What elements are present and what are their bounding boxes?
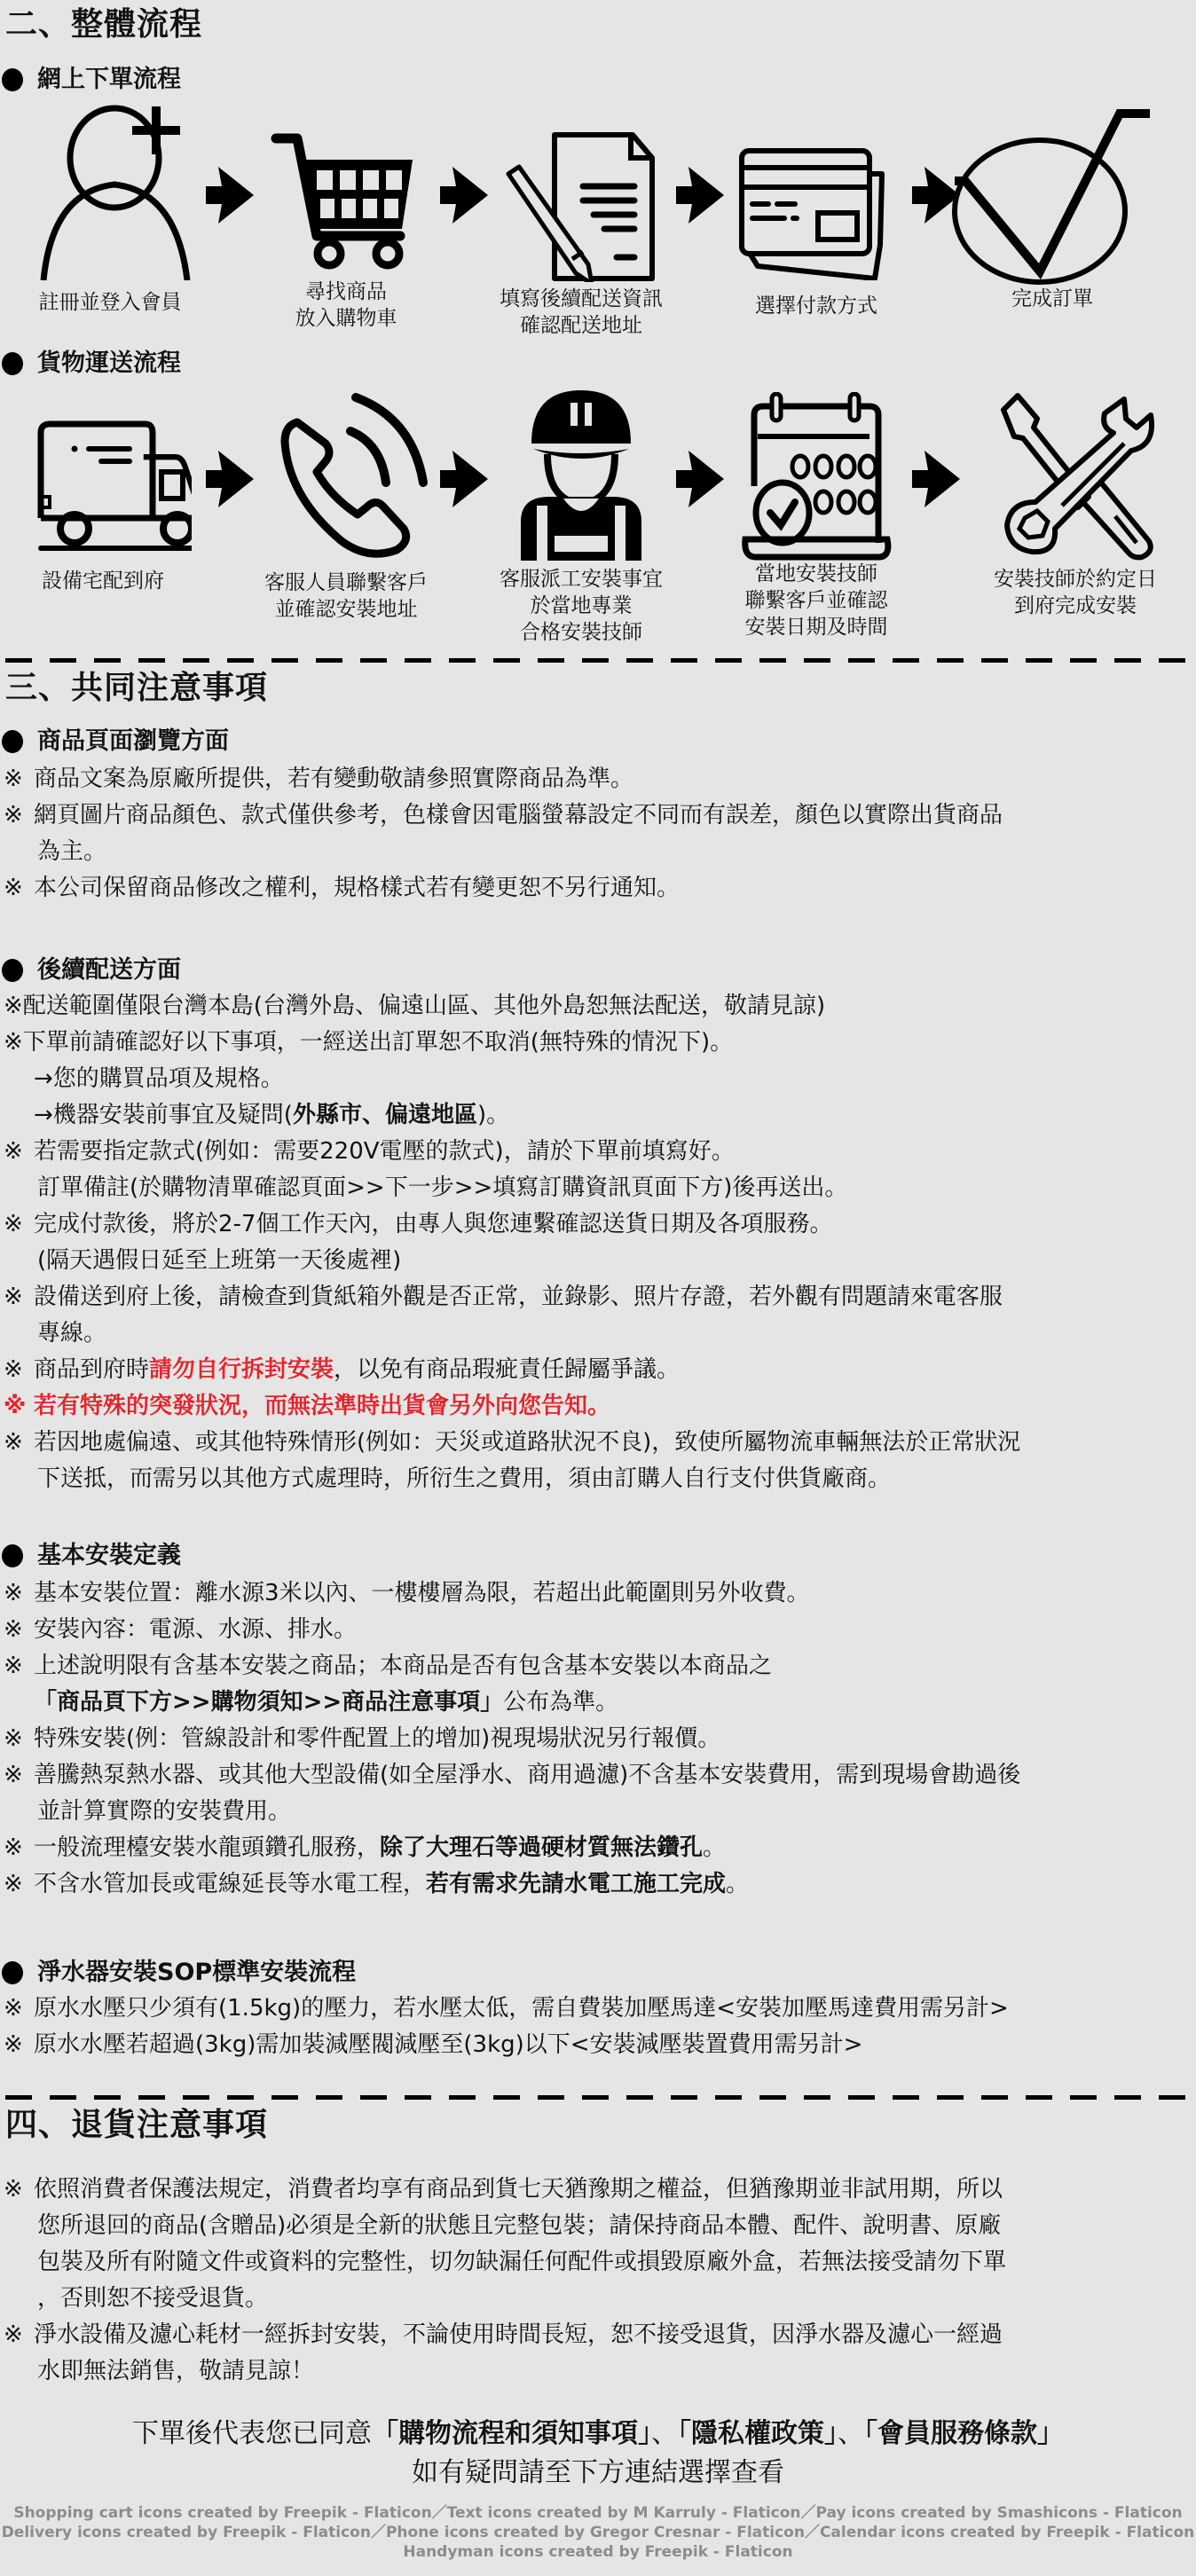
link-shopping-process[interactable]: 「購物流程和須知事項」 — [372, 2418, 651, 2449]
note-item: ※善騰熱泵熱水器、或其他大型設備(如全屋淨水、商用過濾)不含基本安裝費用，需到現… — [4, 1757, 1192, 1794]
link-privacy-policy[interactable]: 「隱私權政策」 — [678, 2418, 838, 2449]
reference-mark-icon: ※ — [4, 1029, 23, 1056]
note-item: ※網頁圖片商品顏色、款式僅供參考，色樣會因電腦螢幕設定不同而有誤差，顏色以實際出… — [4, 797, 1192, 834]
sop-notes: ※原水水壓只少須有(1.5kg)的壓力，若水壓太低，需自費裝加壓馬達<安裝加壓馬… — [4, 1991, 1192, 2063]
note-subitem: →機器安裝前事宜及疑問(外縣市、偏遠地區)。 — [4, 1097, 1192, 1134]
arrow-right-icon — [912, 451, 960, 507]
tools-icon — [991, 392, 1160, 561]
flow-step-label: 填寫後續配送資訊 確認配送地址 — [475, 286, 688, 339]
return-notes: ※依照消費者保護法規定，消費者均享有商品到貨七天猶豫期之權益，但猶豫期並非試用期… — [4, 2172, 1192, 2390]
section-title-overall-flow: 二、整體流程 — [5, 9, 202, 41]
note-item-continued: 專線。 — [4, 1315, 1192, 1352]
purchase-notice-page: 二、整體流程 網上下單流程 註冊並登入會員 — [0, 0, 1196, 2576]
subheading-online-order: 網上下單流程 — [2, 67, 181, 91]
note-item: ※若需要指定款式(例如：需要220V電壓的款式)，請於下單前填寫好。 — [4, 1134, 1192, 1170]
note-item-continued: 訂單備註(於購物清單確認頁面>>下一步>>填寫訂購資訊頁面下方)後再送出。 — [4, 1170, 1192, 1206]
flow-step-dispatch-technician: 客服派工安裝事宜 於當地專業 合格安裝技師 — [475, 387, 688, 646]
bullet-dot-icon — [2, 352, 23, 375]
flow-step-label: 客服派工安裝事宜 於當地專業 合格安裝技師 — [475, 566, 688, 646]
section-title-return-notes: 四、退貨注意事項 — [5, 2109, 268, 2141]
note-item-continued: 您所退回的商品(含贈品)必須是全新的狀態且完整包裝；請保持商品本體、配件、說明書… — [4, 2208, 1192, 2244]
note-item-continued: 水即無法銷售，敬請見諒！ — [4, 2353, 1192, 2390]
subheading-label: 基本安裝定義 — [37, 1543, 181, 1567]
flow-step-customer-service-contact: 客服人員聯繫客戶 並確認安裝地址 — [240, 390, 452, 623]
flow-step-label: 客服人員聯繫客戶 並確認安裝地址 — [240, 569, 452, 623]
note-subitem: →您的購買品項及規格。 — [4, 1061, 1192, 1097]
shopping-cart-icon — [271, 130, 421, 271]
note-item: ※基本安裝位置：離水源3米以內、一樓樓層為限，若超出此範圍則另外收費。 — [4, 1575, 1192, 1612]
checkmark-circle-icon — [946, 103, 1159, 289]
note-item: ※商品文案為原廠所提供，若有變動敬請參照實際商品為準。 — [4, 761, 1192, 797]
section-title-common-notes: 三、共同注意事項 — [5, 672, 268, 704]
note-item-continued: 並計算實際的安裝費用。 — [4, 1794, 1192, 1830]
flow-step-home-delivery: 設備宅配到府 — [0, 419, 209, 594]
reference-mark-icon: ※ — [4, 2172, 34, 2208]
reference-mark-icon: ※ — [4, 1425, 34, 1461]
document-pen-icon — [501, 131, 661, 282]
credit-card-icon — [736, 147, 896, 280]
flow-step-label: 註冊並登入會員 — [4, 289, 216, 316]
flow-step-register: 註冊並登入會員 — [4, 103, 216, 316]
bullet-dot-icon — [2, 1544, 23, 1567]
subheading-delivery: 貨物運送流程 — [2, 351, 181, 375]
agreement-statement: 下單後代表您已同意「購物流程和須知事項」、「隱私權政策」、「會員服務條款」 如有… — [0, 2415, 1196, 2493]
subheading-sop: 淨水器安裝SOP標準安裝流程 — [2, 1960, 356, 1984]
note-item: ※特殊安裝(例：管線設計和零件配置上的增加)視現場狀況另行報價。 — [4, 1721, 1192, 1757]
note-item: ※若因地處偏遠、或其他特殊情形(例如：天災或道路狀況不良)，致使所屬物流車輛無法… — [4, 1425, 1192, 1461]
subheading-label: 後續配送方面 — [37, 958, 181, 982]
flow-step-fill-info: 填寫後續配送資訊 確認配送地址 — [475, 131, 688, 339]
note-item: ※商品到府時請勿自行拆封安裝，以免有商品瑕疵責任歸屬爭議。 — [4, 1352, 1192, 1388]
calendar-check-icon — [736, 392, 896, 561]
reference-mark-icon: ※ — [4, 1866, 34, 1903]
shipping-notes: ※配送範圍僅限台灣本島(台灣外島、偏遠山區、其他外島恕無法配送，敬請見諒) ※下… — [4, 988, 1192, 1497]
note-item: ※原水水壓只少須有(1.5kg)的壓力，若水壓太低，需自費裝加壓馬達<安裝加壓馬… — [4, 1991, 1192, 2027]
note-item-continued: 包裝及所有附隨文件或資料的完整性，切勿缺漏任何配件或損毀原廠外盒，若無法接受請勿… — [4, 2244, 1192, 2281]
note-item-continued: 「商品頁下方>>購物須知>>商品注意事項」公布為準。 — [4, 1685, 1192, 1721]
bullet-dot-icon — [2, 730, 23, 753]
subheading-browse: 商品頁面瀏覽方面 — [2, 729, 229, 753]
section-divider — [5, 658, 1196, 663]
reference-mark-icon: ※ — [4, 1757, 34, 1794]
note-item-continued: 為主。 — [4, 834, 1192, 870]
reference-mark-icon: ※ — [4, 1206, 34, 1243]
flow-step-label: 選擇付款方式 — [710, 293, 923, 319]
note-item-continued: ，否則恕不接受退貨。 — [4, 2281, 1192, 2317]
link-member-terms[interactable]: 「會員服務條款」 — [864, 2418, 1064, 2449]
subheading-label: 淨水器安裝SOP標準安裝流程 — [37, 1960, 356, 1984]
reference-mark-icon: ※ — [4, 1134, 34, 1170]
note-item-warning: ※若有特殊的突發狀況，而無法準時出貨會另外向您告知。 — [4, 1388, 1192, 1425]
note-item: ※配送範圍僅限台灣本島(台灣外島、偏遠山區、其他外島恕無法配送，敬請見諒) — [4, 988, 1192, 1025]
browse-notes: ※商品文案為原廠所提供，若有變動敬請參照實際商品為準。 ※網頁圖片商品顏色、款式… — [4, 761, 1192, 907]
agreement-help-text: 如有疑問請至下方連結選擇查看 — [0, 2454, 1196, 2493]
reference-mark-icon: ※ — [4, 1991, 34, 2027]
flow-step-label: 設備宅配到府 — [0, 568, 209, 594]
bullet-dot-icon — [2, 68, 23, 91]
delivery-truck-icon — [14, 419, 192, 552]
reference-mark-icon: ※ — [4, 2317, 34, 2353]
subheading-shipping: 後續配送方面 — [2, 958, 181, 982]
reference-mark-icon: ※ — [4, 1648, 34, 1685]
warning-text: 請勿自行拆封安裝 — [149, 1356, 334, 1383]
reference-mark-icon: ※ — [4, 993, 23, 1019]
subheading-label: 商品頁面瀏覽方面 — [37, 729, 229, 753]
note-item: ※完成付款後，將於2-7個工作天內，由專人與您連繫確認送貨日期及各項服務。 — [4, 1206, 1192, 1243]
note-item-continued: (隔天遇假日延至上班第一天後處裡) — [4, 1243, 1192, 1279]
worker-icon — [501, 387, 661, 561]
note-item: ※設備送到府上後，請檢查到貨紙箱外觀是否正常，並錄影、照片存證，若外觀有問題請來… — [4, 1279, 1192, 1315]
phone-call-icon — [262, 390, 430, 559]
note-item: ※本公司保留商品修改之權利，規格樣式若有變更恕不另行通知。 — [4, 870, 1192, 907]
reference-mark-icon: ※ — [4, 761, 34, 797]
reference-mark-icon: ※ — [4, 1830, 34, 1866]
flow-step-label: 安裝技師於約定日 到府完成安裝 — [969, 566, 1182, 619]
reference-mark-icon: ※ — [4, 797, 34, 834]
install-notes: ※基本安裝位置：離水源3米以內、一樓樓層為限，若超出此範圍則另外收費。 ※安裝內… — [4, 1575, 1192, 1903]
flow-step-label: 完成訂單 — [946, 286, 1159, 312]
flow-step-label: 尋找商品 放入購物車 — [240, 279, 452, 332]
reference-mark-icon: ※ — [4, 1388, 34, 1425]
note-item: ※一般流理檯安裝水龍頭鑽孔服務，除了大理石等過硬材質無法鑽孔。 — [4, 1830, 1192, 1866]
reference-mark-icon: ※ — [4, 1612, 34, 1648]
note-item: ※上述說明限有含基本安裝之商品；本商品是否有包含基本安裝以本商品之 — [4, 1648, 1192, 1685]
note-item-continued: 下送抵，而需另以其他方式處理時，所衍生之費用，須由訂購人自行支付供貨廠商。 — [4, 1461, 1192, 1497]
note-item: ※不含水管加長或電線延長等水電工程，若有需求先請水電工施工完成。 — [4, 1866, 1192, 1903]
subheading-label: 貨物運送流程 — [37, 351, 181, 375]
note-item: ※依照消費者保護法規定，消費者均享有商品到貨七天猶豫期之權益，但猶豫期並非試用期… — [4, 2172, 1192, 2208]
note-item: ※下單前請確認好以下事項，一經送出訂單恕不取消(無特殊的情況下)。 — [4, 1025, 1192, 1061]
note-item: ※原水水壓若超過(3kg)需加裝減壓閥減壓至(3kg)以下<安裝減壓裝置費用需另… — [4, 2027, 1192, 2063]
reference-mark-icon: ※ — [4, 1279, 34, 1315]
flow-step-find-products: 尋找商品 放入購物車 — [240, 130, 452, 332]
reference-mark-icon: ※ — [4, 2027, 34, 2063]
flow-step-technician-contact: 當地安裝技師 聯繫客戶並確認 安裝日期及時間 — [710, 392, 923, 640]
flow-step-label: 當地安裝技師 聯繫客戶並確認 安裝日期及時間 — [710, 561, 923, 640]
user-add-icon — [17, 103, 203, 280]
note-item: ※安裝內容：電源、水源、排水。 — [4, 1612, 1192, 1648]
note-item: ※淨水設備及濾心耗材一經拆封安裝，不論使用時間長短，恕不接受退貨，因淨水器及濾心… — [4, 2317, 1192, 2353]
flow-step-payment: 選擇付款方式 — [710, 147, 923, 319]
flow-step-complete: 完成訂單 — [946, 103, 1159, 312]
reference-mark-icon: ※ — [4, 870, 34, 907]
bullet-dot-icon — [2, 1961, 23, 1984]
reference-mark-icon: ※ — [4, 1352, 34, 1388]
bullet-dot-icon — [2, 959, 23, 982]
section-divider — [5, 2095, 1196, 2100]
reference-mark-icon: ※ — [4, 1575, 34, 1612]
subheading-basic-install: 基本安裝定義 — [2, 1543, 181, 1567]
reference-mark-icon: ※ — [4, 1721, 34, 1757]
icon-credits: Shopping cart icons created by Freepik -… — [0, 2503, 1196, 2562]
subheading-label: 網上下單流程 — [37, 67, 181, 91]
flow-step-onsite-install: 安裝技師於約定日 到府完成安裝 — [969, 392, 1182, 619]
